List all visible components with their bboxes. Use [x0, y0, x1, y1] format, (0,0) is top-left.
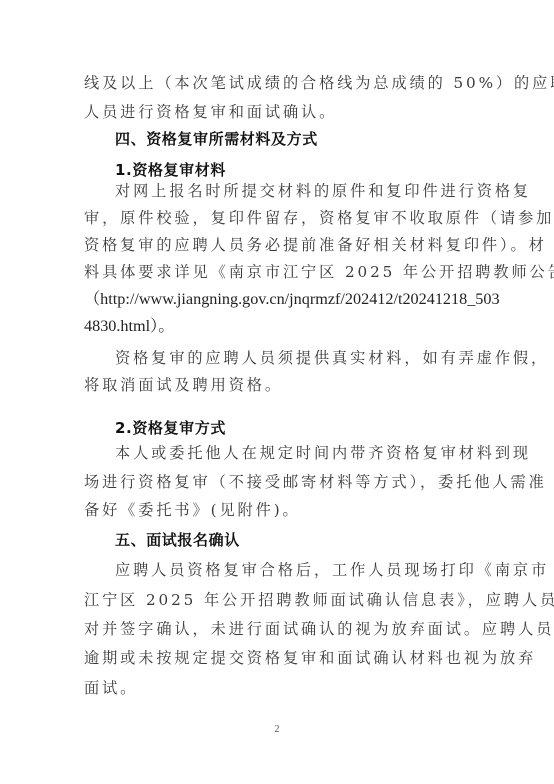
body-text-line: 逾期或未按规定提交资格复审和面试确认材料也视为放弃: [84, 648, 474, 668]
announcement-url-line: （http://www.jiangning.gov.cn/jnqrmzf/202…: [84, 289, 474, 309]
body-text-line: 对并签字确认，未进行面试确认的视为放弃面试。应聘人员: [84, 619, 474, 639]
body-text-line: 江宁区 2025 年公开招聘教师面试确认信息表》，应聘人员核: [84, 590, 474, 610]
section-heading-4: 四、资格复审所需材料及方式: [115, 129, 505, 149]
body-text-line: 料具体要求详见《南京市江宁区 2025 年公开招聘教师公告》: [84, 262, 474, 282]
section-heading-5: 五、面试报名确认: [115, 530, 505, 550]
body-text-line: 将取消面试及聘用资格。: [84, 375, 474, 395]
body-text-line: 线及以上（本次笔试成绩的合格线为总成绩的 50%）的应聘: [84, 73, 474, 93]
subsection-heading-1: 1.资格复审材料: [115, 160, 505, 180]
body-text-line: 人员进行资格复审和面试确认。: [84, 102, 474, 122]
body-text-line: 备好《委托书》(见附件)。: [84, 500, 474, 520]
document-page: 线及以上（本次笔试成绩的合格线为总成绩的 50%）的应聘 人员进行资格复审和面试…: [0, 0, 554, 784]
body-text-line: 资格复审的应聘人员务必提前准备好相关材料复印件）。材: [84, 235, 474, 255]
body-text-line: 应聘人员资格复审合格后，工作人员现场打印《南京市: [115, 560, 475, 580]
announcement-url-line: 4830.html）。: [84, 316, 474, 336]
page-number: 2: [0, 724, 554, 735]
body-text-line: 本人或委托他人在规定时间内带齐资格复审材料到现: [115, 443, 475, 463]
subsection-heading-2: 2.资格复审方式: [115, 418, 505, 438]
body-text-line: 对网上报名时所提交材料的原件和复印件进行资格复: [115, 181, 475, 201]
body-text-line: 审，原件校验，复印件留存，资格复审不收取原件（请参加: [84, 208, 474, 228]
body-text-line: 面试。: [84, 678, 474, 698]
body-text-line: 资格复审的应聘人员须提供真实材料，如有弄虚作假，: [115, 348, 475, 368]
body-text-line: 场进行资格复审（不接受邮寄材料等方式），委托他人需准: [84, 472, 474, 492]
